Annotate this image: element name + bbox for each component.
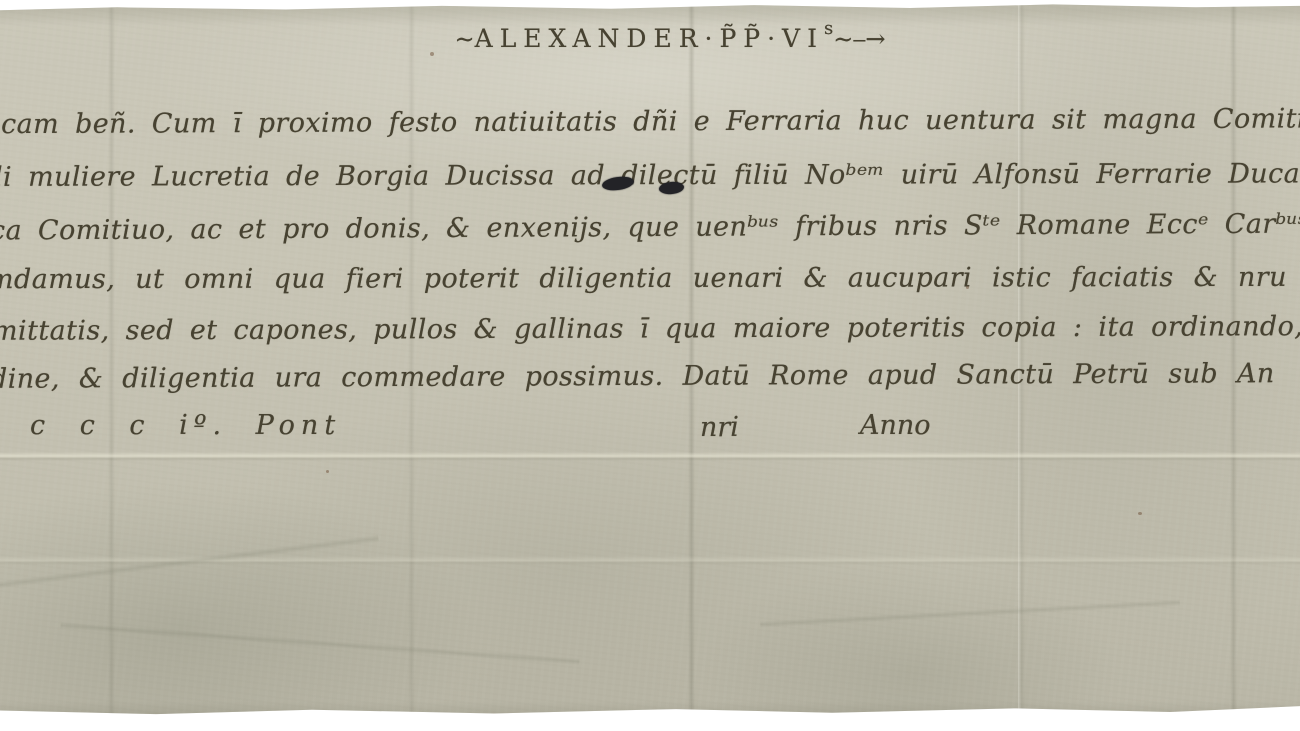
fold-crease-horizontal-1 xyxy=(0,452,1300,461)
parchment-sheet: ∼ALEXANDER·P̃P̃·VIs∼⎯→ icam beñ. Cum ī p… xyxy=(0,0,1300,731)
wrinkle-shadow xyxy=(0,534,379,593)
letter-heading: ∼ALEXANDER·P̃P̃·VIs∼⎯→ xyxy=(0,24,1300,53)
fold-crease-horizontal-2 xyxy=(0,556,1300,565)
manuscript-line-7-date-fragment: c c c iº. Pont xyxy=(30,410,341,441)
manuscript-line-4: mdamus, ut omni qua fieri poterit dilige… xyxy=(0,262,1300,295)
manuscript-line-3: ca Comitiuo, ac et pro donis, & enxenijs… xyxy=(0,209,1300,247)
manuscript-line-1: icam beñ. Cum ī proximo festo natiuitati… xyxy=(0,103,1300,140)
manuscript-line-2: li muliere Lucretia de Borgia Ducissa ad… xyxy=(0,158,1300,193)
stain-speck xyxy=(430,52,434,56)
ink-blot-2 xyxy=(659,181,685,195)
manuscript-line-7-right-fragment: Anno xyxy=(860,410,931,441)
heading-superscript: s xyxy=(824,18,833,39)
heading-flourish-right: ∼⎯→ xyxy=(833,25,885,53)
manuscript-line-5: mittatis, sed et capones, pullos & galli… xyxy=(0,310,1300,346)
wrinkle-shadow xyxy=(760,599,1180,628)
heading-title: ALEXANDER·P̃P̃·VI xyxy=(475,24,824,53)
heading-flourish-left: ∼ xyxy=(455,25,475,53)
wrinkle-shadow xyxy=(60,622,579,665)
stain-speck xyxy=(1138,512,1142,515)
stain-speck xyxy=(966,286,969,289)
manuscript-line-6: dine, & diligentia ura commedare possimu… xyxy=(0,358,1275,395)
manuscript-scan: ∼ALEXANDER·P̃P̃·VIs∼⎯→ icam beñ. Cum ī p… xyxy=(0,0,1300,731)
stain-speck xyxy=(326,470,329,473)
manuscript-line-7-center-fragment: nri xyxy=(700,412,739,443)
